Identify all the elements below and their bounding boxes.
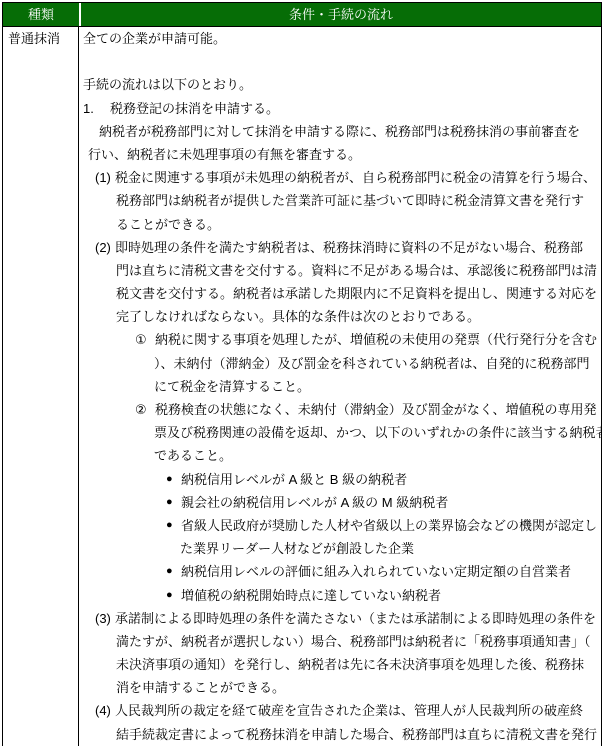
header-cell-conditions: 条件・手続の流れ: [81, 3, 601, 26]
page: { "colors": { "header_bg": "#066d06", "h…: [0, 0, 609, 746]
content-line: 完了しなければならない。具体的な条件は次のとおりである。: [83, 305, 601, 328]
content-line: た業界リーダー人材などが創設した企業: [83, 537, 601, 560]
line-text: 納税信用レベルの評価に組み入れられていない定期定額の自営業者: [181, 564, 571, 579]
content-line: 行い、納税者に未処理事項の有無を審査する。: [83, 143, 601, 166]
content-line: 結手続裁定書によって税務抹消を申請した場合、税務部門は直ちに清税文書を発行: [83, 723, 601, 746]
line-text: 消を申請することができる。: [116, 680, 285, 695]
line-text: 納税者が税務部門に対して抹消を申請する際に、税務部門は税務抹消の事前審査を: [99, 124, 580, 139]
content-line: ることができる。: [83, 213, 601, 236]
table-row: 普通抹消 全ての企業が申請可能。手続の流れは以下のとおり。1.税務登記の抹消を申…: [3, 27, 601, 746]
content-line: 税文書を交付する。納税者は承諾した期限内に不足資料を提出し、関連する対応を: [83, 282, 601, 305]
content-line: ②税務検査の状態になく、未納付（滞納金）及び罰金がなく、増値税の専用発: [83, 398, 601, 421]
line-text: 結手続裁定書によって税務抹消を申請した場合、税務部門は直ちに清税文書を発行: [116, 727, 597, 742]
line-marker: ①: [135, 328, 147, 351]
line-text: 人民裁判所の裁定を経て破産を宣告された企業は、管理人が人民裁判所の破産終: [115, 703, 583, 718]
content-line: ●親会社の納税信用レベルが A 級の M 級納税者: [83, 491, 601, 514]
content-line: ●納税信用レベルの評価に組み入れられていない定期定額の自営業者: [83, 560, 601, 583]
line-marker: (1): [95, 166, 111, 189]
content-line: 全ての企業が申請可能。: [83, 27, 601, 50]
content-line: (1)税金に関連する事項が未処理の納税者が、自ら税務部門に税金の清算を行う場合、: [83, 166, 601, 189]
line-text: 手続の流れは以下のとおり。: [83, 77, 252, 92]
content-line: ①納税に関する事項を処理したが、増値税の未使用の発票（代行発行分を含む: [83, 328, 601, 351]
content-line: であること。: [83, 444, 601, 467]
line-text: にて税金を清算すること。: [154, 379, 310, 394]
content-line: 満たすが、納税者が選択しない）場合、税務部門は納税者に「税務事項通知書」（: [83, 630, 601, 653]
line-text: 納税に関する事項を処理したが、増値税の未使用の発票（代行発行分を含む: [155, 332, 597, 347]
line-marker: ●: [166, 584, 173, 607]
content-line: 消を申請することができる。: [83, 676, 601, 699]
line-text: 全ての企業が申請可能。: [83, 31, 226, 46]
line-marker: ●: [166, 491, 173, 514]
line-text: 納税信用レベルが A 級と B 級の納税者: [181, 472, 407, 487]
line-text: 満たすが、納税者が選択しない）場合、税務部門は納税者に「税務事項通知書」（: [116, 634, 591, 649]
line-marker: ●: [166, 468, 173, 491]
content-line: ）、未納付（滞納金）及び罰金を科されている納税者は、自発的に税務部門: [83, 352, 601, 375]
content-line: 門は直ちに清税文書を交付する。資料に不足がある場合は、承認後に税務部門は清: [83, 259, 601, 282]
content-line: [83, 50, 601, 73]
line-text: 完了しなければならない。具体的な条件は次のとおりである。: [116, 309, 480, 324]
line-marker: ②: [135, 398, 147, 421]
line-text: 門は直ちに清税文書を交付する。資料に不足がある場合は、承認後に税務部門は清: [116, 263, 597, 278]
content-line: 手続の流れは以下のとおり。: [83, 73, 601, 96]
line-marker: 1.: [83, 97, 94, 120]
line-text: 省級人民政府が奨励した人材や省級以上の業界協会などの機関が認定し: [181, 518, 597, 533]
line-text: 税務登記の抹消を申請する。: [110, 101, 279, 116]
line-text: ることができる。: [116, 217, 220, 232]
row-content-cell: 全ての企業が申請可能。手続の流れは以下のとおり。1.税務登記の抹消を申請する。納…: [79, 27, 601, 746]
content-line: にて税金を清算すること。: [83, 375, 601, 398]
line-text: 税務部門は納税者が提供した営業許可証に基づいて即時に税金清算文書を発行す: [116, 193, 584, 208]
line-marker: (4): [95, 699, 111, 722]
line-text: 承諾制による即時処理の条件を満たさない（または承諾制による即時処理の条件を: [115, 611, 596, 626]
content-line: (2)即時処理の条件を満たす納税者は、税務抹消時に資料の不足がない場合、税務部: [83, 236, 601, 259]
content-line: (4)人民裁判所の裁定を経て破産を宣告された企業は、管理人が人民裁判所の破産終: [83, 699, 601, 722]
content-line: 税務部門は納税者が提供した営業許可証に基づいて即時に税金清算文書を発行す: [83, 189, 601, 212]
content-line: 納税者が税務部門に対して抹消を申請する際に、税務部門は税務抹消の事前審査を: [83, 120, 601, 143]
line-marker: ●: [166, 514, 173, 537]
line-marker: (3): [95, 607, 111, 630]
line-text: 票及び税務関連の設備を返却、かつ、以下のいずれかの条件に該当する納税者: [154, 425, 601, 440]
line-marker: ●: [166, 560, 173, 583]
line-text: ）、未納付（滞納金）及び罰金を科されている納税者は、自発的に税務部門: [154, 356, 590, 371]
content-line: (3)承諾制による即時処理の条件を満たさない（または承諾制による即時処理の条件を: [83, 607, 601, 630]
row-type-cell: 普通抹消: [3, 27, 79, 746]
line-text: た業界リーダー人材などが創設した企業: [180, 541, 414, 556]
line-text: 親会社の納税信用レベルが A 級の M 級納税者: [181, 495, 448, 510]
content-line: 未決済事項の通知）を発行し、納税者は先に各未決済事項を処理した後、税務抹: [83, 653, 601, 676]
line-text: であること。: [154, 448, 232, 463]
line-text: 行い、納税者に未処理事項の有無を審査する。: [88, 147, 361, 162]
content-line: ●増値税の納税開始時点に達していない納税者: [83, 584, 601, 607]
content-line: 1.税務登記の抹消を申請する。: [83, 97, 601, 120]
procedure-table: 種類 条件・手続の流れ 普通抹消 全ての企業が申請可能。手続の流れは以下のとおり…: [2, 2, 602, 746]
content-line: 票及び税務関連の設備を返却、かつ、以下のいずれかの条件に該当する納税者: [83, 421, 601, 444]
header-cell-type: 種類: [3, 3, 79, 26]
content-line: ●納税信用レベルが A 級と B 級の納税者: [83, 468, 601, 491]
line-text: 税文書を交付する。納税者は承諾した期限内に不足資料を提出し、関連する対応を: [116, 286, 597, 301]
table-header-row: 種類 条件・手続の流れ: [3, 3, 601, 27]
line-text: 税金に関連する事項が未処理の納税者が、自ら税務部門に税金の清算を行う場合、: [115, 170, 596, 185]
content-line: ●省級人民政府が奨励した人材や省級以上の業界協会などの機関が認定し: [83, 514, 601, 537]
line-text: 税務検査の状態になく、未納付（滞納金）及び罰金がなく、増値税の専用発: [155, 402, 596, 417]
line-text: 増値税の納税開始時点に達していない納税者: [181, 588, 441, 603]
line-text: 未決済事項の通知）を発行し、納税者は先に各未決済事項を処理した後、税務抹: [116, 657, 584, 672]
line-text: 即時処理の条件を満たす納税者は、税務抹消時に資料の不足がない場合、税務部: [115, 240, 583, 255]
line-marker: (2): [95, 236, 111, 259]
